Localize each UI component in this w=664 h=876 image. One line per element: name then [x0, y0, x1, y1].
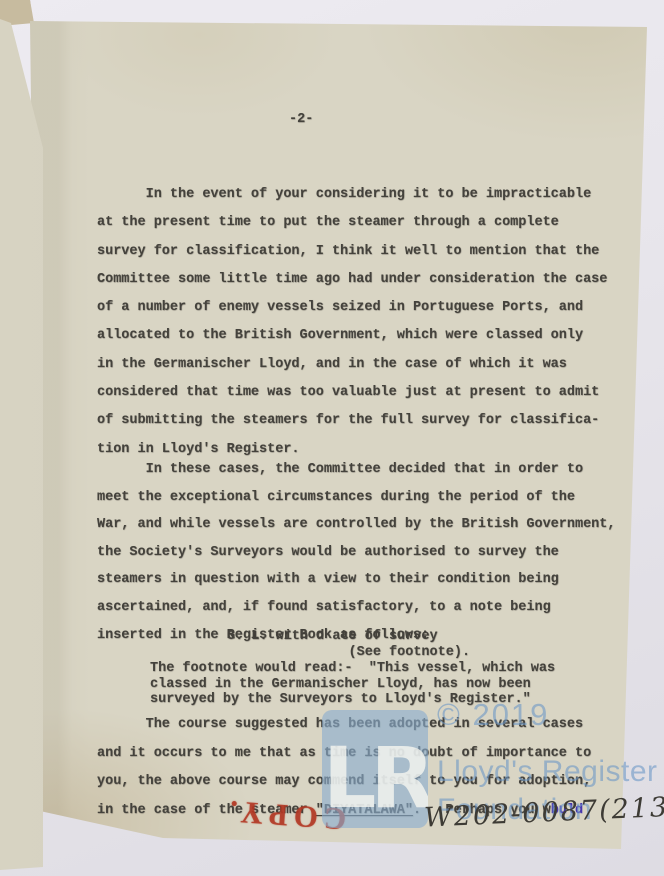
watermark-logo-letters: LR	[323, 729, 428, 827]
text-line: In the event of your considering it to b…	[97, 181, 607, 209]
text-line: In these cases, the Committee decided th…	[97, 456, 615, 484]
text-line: (See footnote).	[227, 645, 470, 661]
text-line: steamers in question with a view to thei…	[97, 566, 615, 594]
text-line: at the present time to put the steamer t…	[97, 209, 607, 237]
text-line: survey for classification, I think it we…	[97, 238, 607, 266]
text-line: Committee some little time ago had under…	[97, 266, 607, 294]
text-line: The footnote would read:- "This vessel, …	[150, 661, 555, 677]
text-line: the Society's Surveyors would be authori…	[97, 539, 615, 567]
watermark-copyright: © 2019	[437, 697, 549, 733]
text-line: War, and while vessels are controlled by…	[97, 511, 615, 539]
text-line: meet the exceptional circumstances durin…	[97, 484, 615, 512]
text-line: classed in the Germanischer Lloyd, has n…	[150, 677, 555, 693]
register-note-block: G. L. with d ate of survey (See footnote…	[227, 629, 470, 660]
watermark-lloyds-register: Lloyd's Register	[437, 755, 658, 789]
text-line: ascertained, and, if found satisfactory,…	[97, 594, 615, 622]
page-number: -2-	[289, 112, 313, 128]
text-line: G. L. with d ate of survey	[227, 629, 470, 645]
text-line: of a number of enemy vessels seized in P…	[97, 294, 607, 322]
paragraph-1: In the event of your considering it to b…	[97, 181, 607, 464]
text-line: considered that time was too valuable ju…	[97, 379, 607, 407]
text-line: allocated to the British Government, whi…	[97, 322, 607, 350]
lloyds-register-logo-icon: LR	[322, 710, 428, 828]
text-line: in the Germanischer Lloyd, and in the ca…	[97, 351, 607, 379]
text-line: of submitting the steamers for the full …	[97, 407, 607, 435]
scan-background: -2- In the event of your considering it …	[0, 0, 664, 876]
paragraph-2: In these cases, the Committee decided th…	[97, 456, 615, 649]
